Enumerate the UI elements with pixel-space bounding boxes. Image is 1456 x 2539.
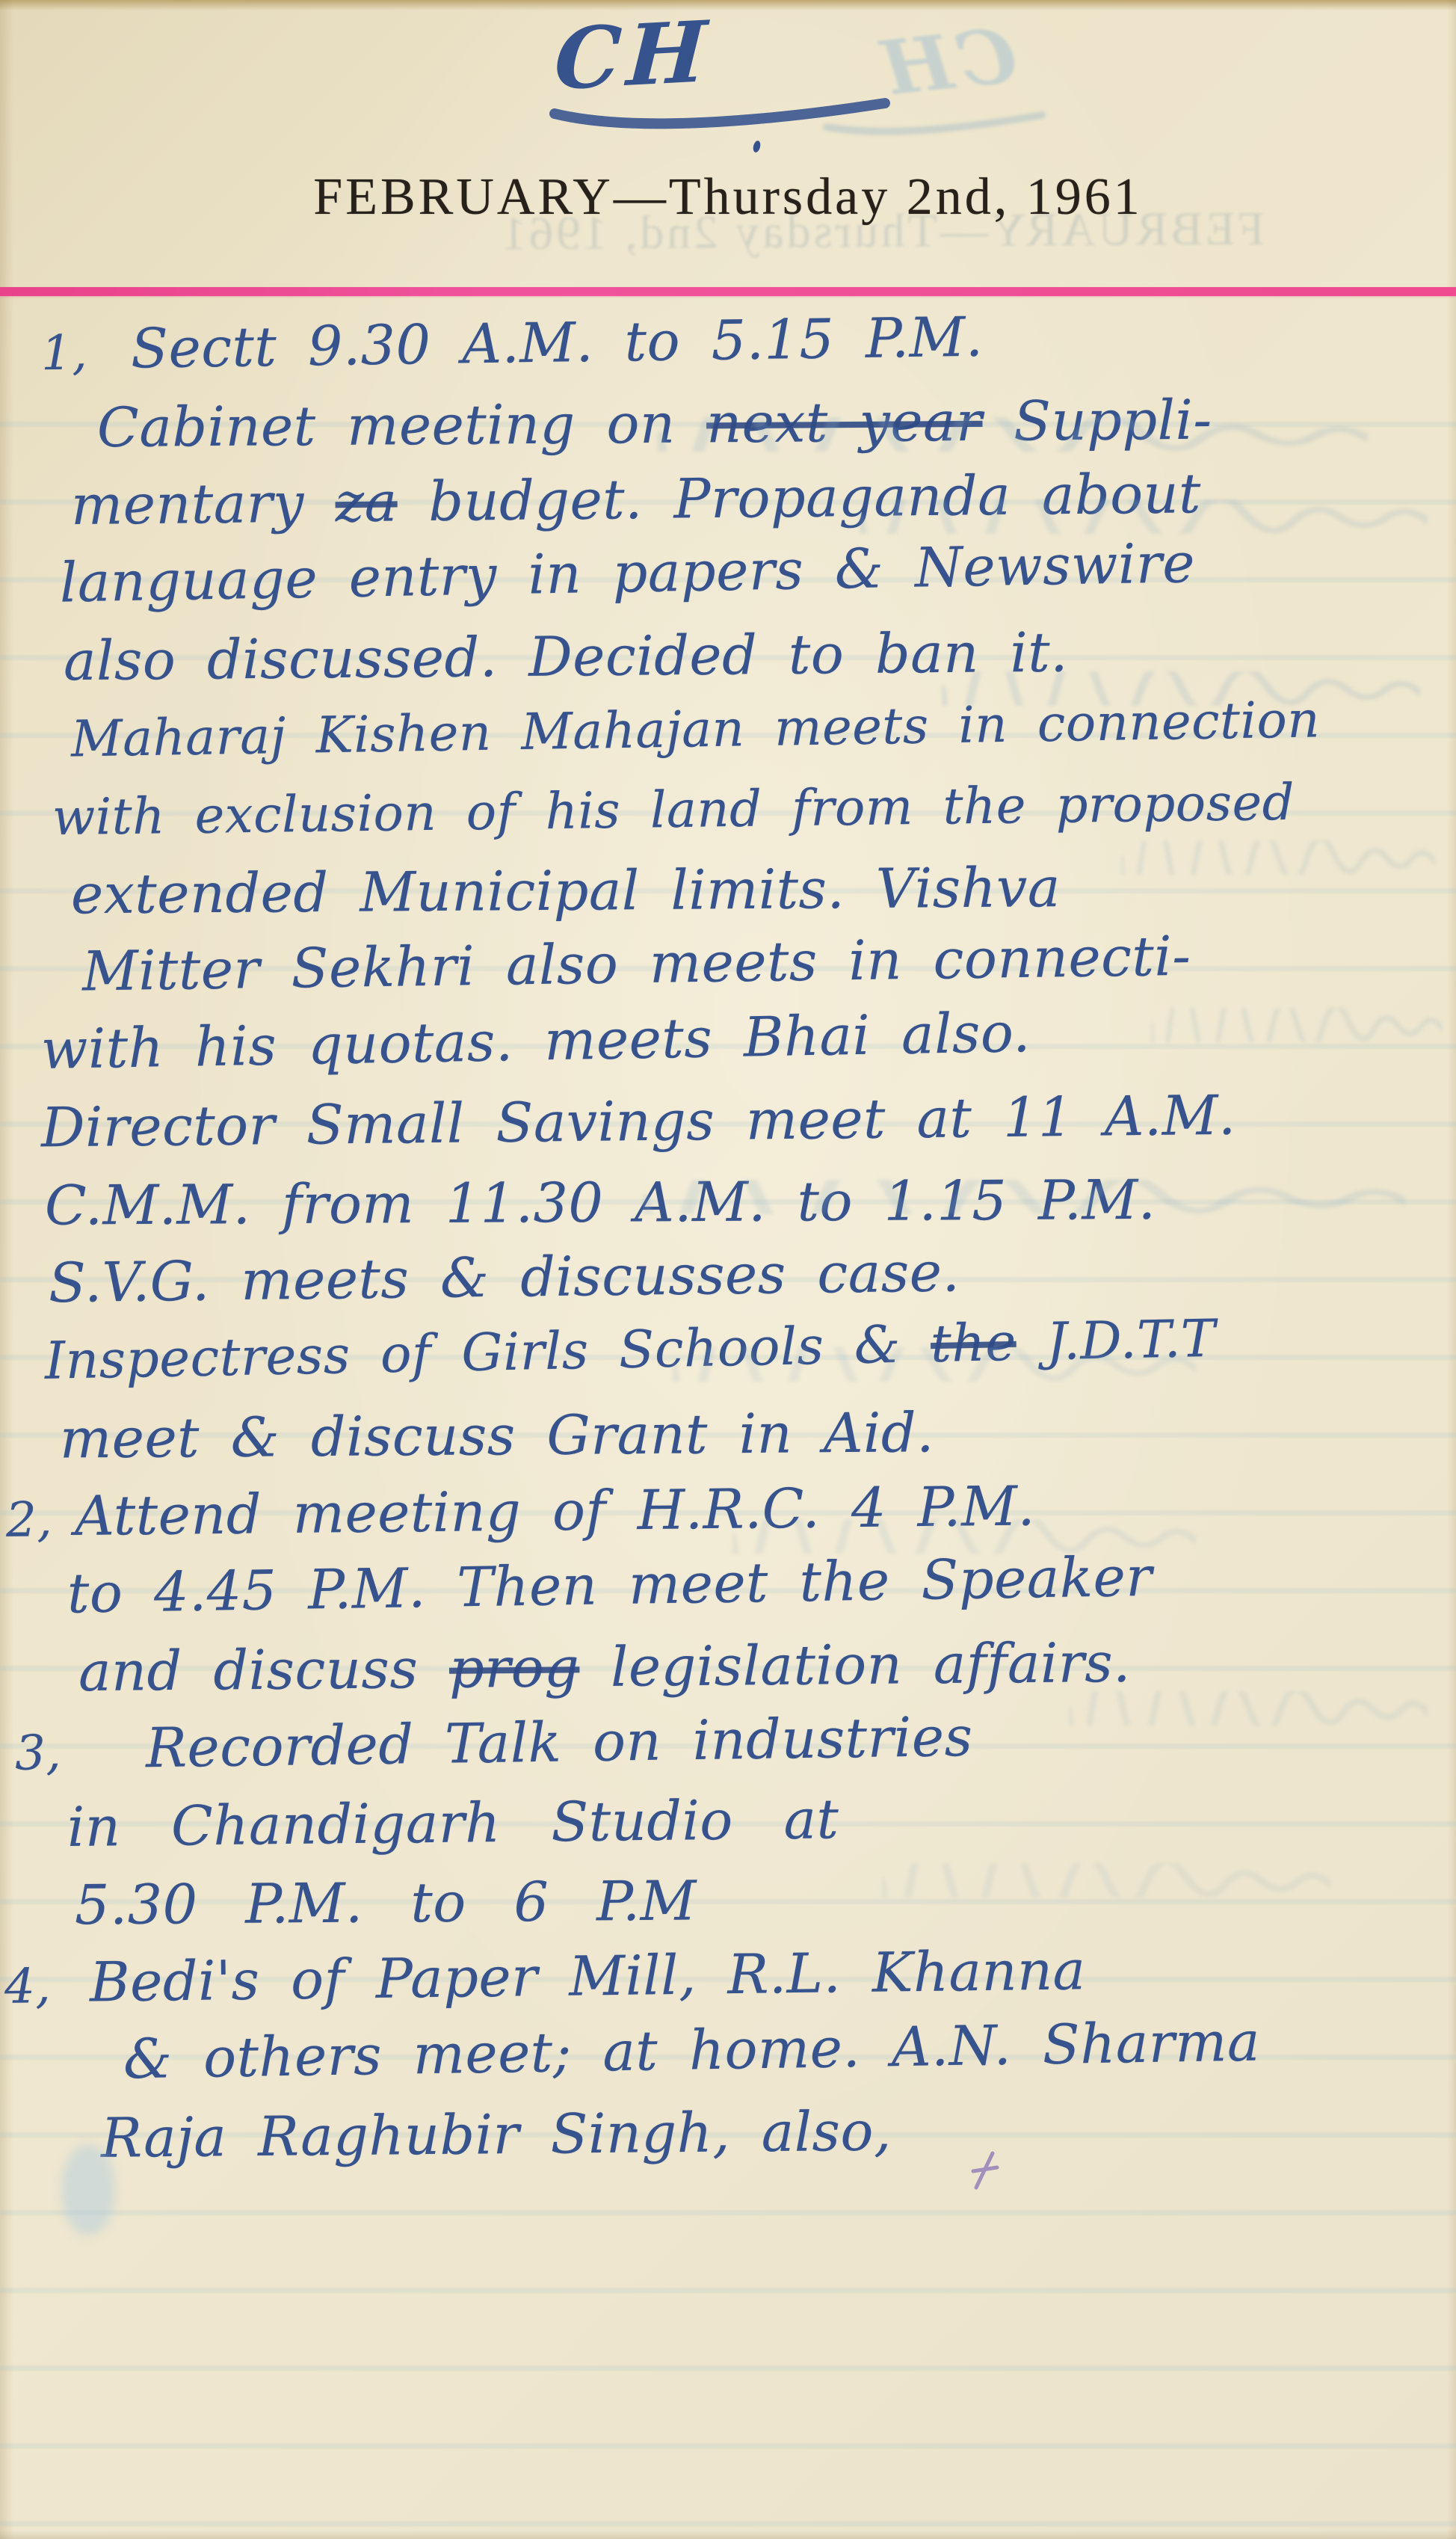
entry-text: Bedi's of Paper Mill, R.L. Khanna	[89, 1939, 1086, 2014]
entry-text: in Chandigarh Studio at	[67, 1788, 839, 1859]
entry-text: meet & discuss Grant in Aid.	[60, 1401, 934, 1471]
entry-text: and discuss	[78, 1637, 450, 1704]
ink-smudge	[61, 2144, 115, 2235]
handwritten-entries: 1,Sectt 9.30 A.M. to 5.15 P.M.Cabinet me…	[0, 313, 1443, 2179]
diary-line: with exclusion of his land from the prop…	[0, 761, 1443, 857]
entry-text: Suppli-	[982, 389, 1212, 454]
violet-ink-mark	[969, 2147, 1002, 2195]
entry-text: & others meet; at home. A.N. Sharma	[123, 2010, 1260, 2092]
entry-text: with his quotas. meets Bhai also.	[40, 1001, 1031, 1082]
page-edge-bottom	[0, 2530, 1456, 2539]
struck-out-text: next year	[706, 390, 983, 456]
page-edge-right	[1447, 0, 1456, 2539]
entry-number: 3,	[14, 1714, 62, 1793]
ink-dot	[752, 140, 762, 153]
monogram-underline-showthrough	[822, 105, 1046, 142]
entry-text: mentary	[71, 471, 336, 538]
entry-text: language entry in papers & Newswire	[59, 532, 1195, 615]
entry-text: budget. Propaganda about	[397, 462, 1201, 534]
entry-number: 4,	[4, 1948, 51, 2026]
entry-text: Sectt 9.30 A.M. to 5.15 P.M.	[130, 306, 984, 381]
entry-text: extended Municipal limits. Vishva	[71, 856, 1061, 926]
diary-line: 1,Sectt 9.30 A.M. to 5.15 P.M.	[0, 292, 1443, 390]
entry-text: Raja Raghubir Singh, also,	[101, 2100, 892, 2170]
entry-text: 5.30 P.M. to 6 P.M	[75, 1869, 697, 1937]
entry-text: Inspectress of Girls Schools &	[44, 1314, 931, 1391]
entry-text: with exclusion of his land from the prop…	[52, 773, 1295, 846]
entry-text: S.V.G. meets & discusses case.	[48, 1240, 960, 1315]
entry-text: Director Small Savings meet at 11 A.M.	[41, 1084, 1236, 1160]
struck-out-text: prog	[449, 1636, 580, 1701]
diary-line: in Chandigarh Studio at	[0, 1775, 1443, 1868]
diary-line: Raja Raghubir Singh, also,	[0, 2088, 1443, 2179]
entry-number: 2,	[5, 1481, 52, 1560]
entry-text: Mitter Sekhri also meets in connecti-	[81, 925, 1191, 1004]
entry-number: 1,	[40, 314, 88, 393]
struck-out-text: za	[335, 470, 398, 535]
entry-text: Maharaj Kishen Mahajan meets in connecti…	[70, 690, 1320, 768]
entry-text: Attend meeting of H.R.C. 4 P.M.	[75, 1474, 1036, 1548]
entry-text: J.D.T.T	[1016, 1309, 1216, 1373]
entry-text: also discussed. Decided to ban it.	[64, 621, 1069, 694]
struck-out-text: the	[930, 1313, 1017, 1374]
entry-text: C.M.M. from 11.30 A.M. to 1.15 P.M.	[45, 1169, 1156, 1238]
entry-text: Recorded Talk on industries	[145, 1705, 973, 1780]
entry-text: to 4.45 P.M. Then meet the Speaker	[67, 1545, 1153, 1626]
diary-line: Director Small Savings meet at 11 A.M.	[0, 1075, 1443, 1168]
entry-text: legislation affairs.	[579, 1631, 1131, 1699]
printed-date-header: FEBRUARY—Thursday 2nd, 1961	[0, 167, 1456, 227]
entry-text: Cabinet meeting on	[97, 392, 707, 460]
